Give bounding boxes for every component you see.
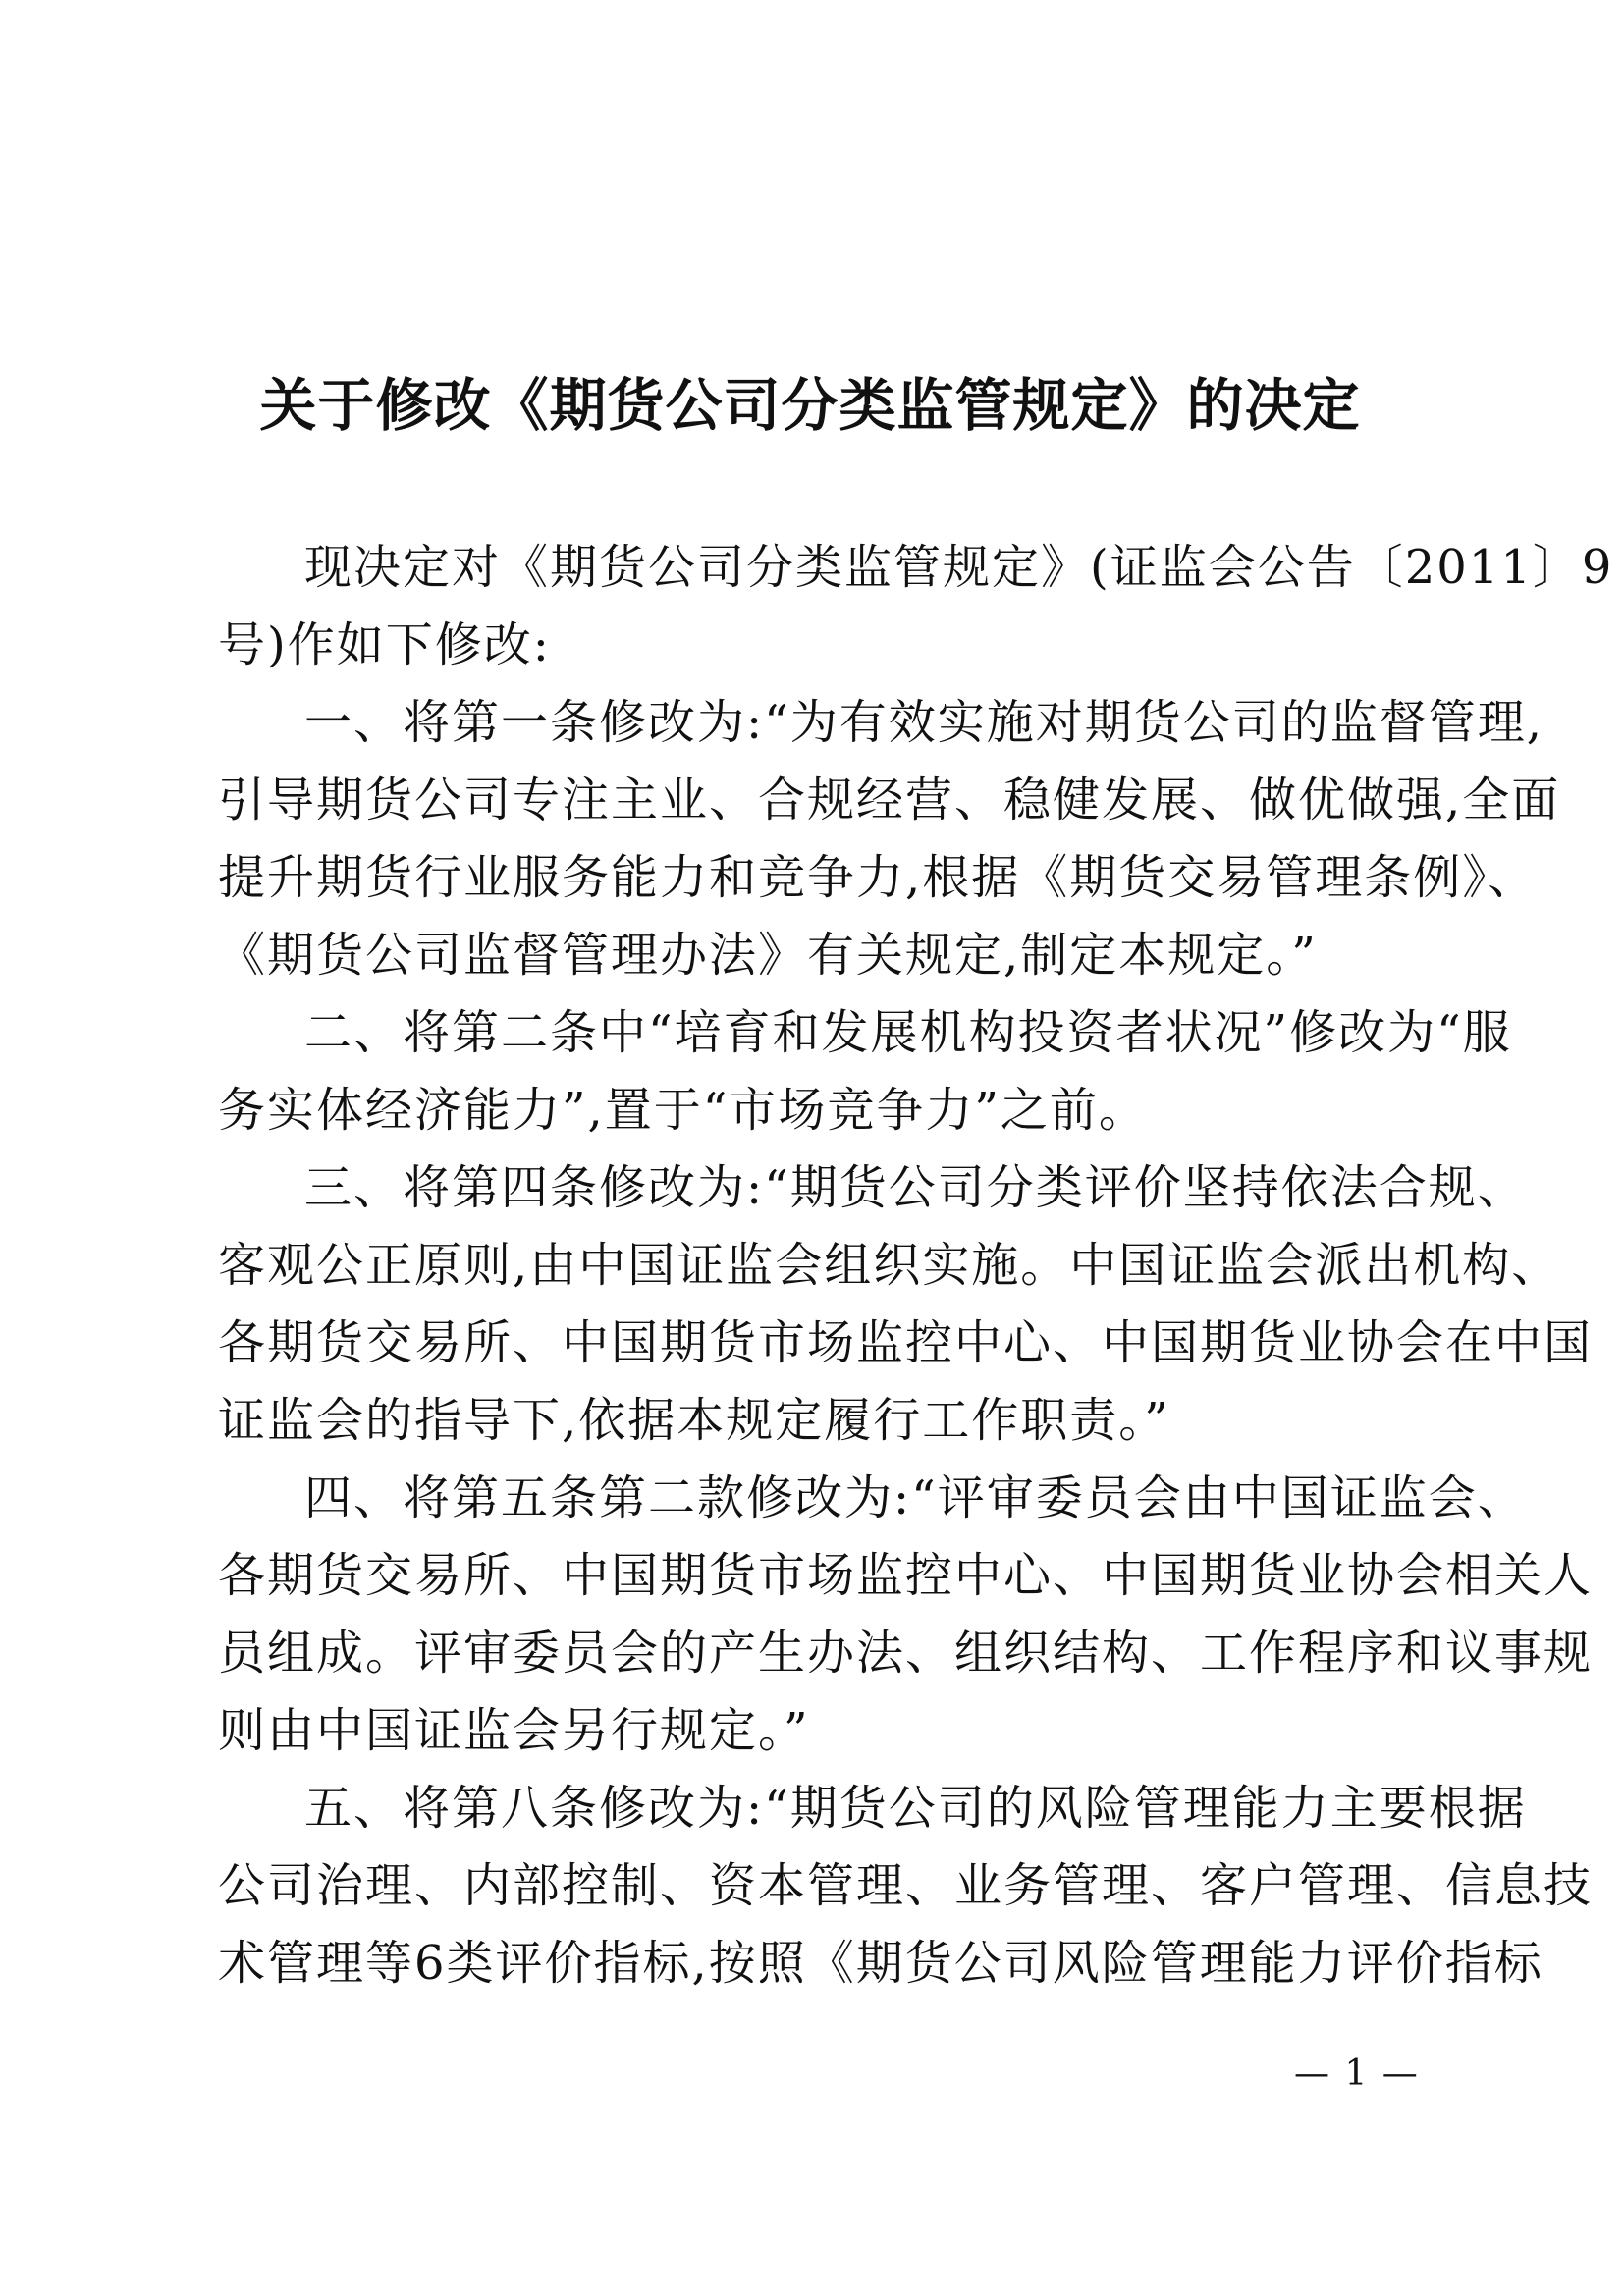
paragraph-line: 客观公正原则,由中国证监会组织实施。中国证监会派出机构、 bbox=[218, 1236, 1392, 1295]
paragraph-line: 各期货交易所、中国期货市场监控中心、中国期货业协会相关人 bbox=[218, 1546, 1392, 1605]
paragraph-line: 号)作如下修改: bbox=[218, 615, 1392, 674]
paragraph-line: 员组成。评审委员会的产生办法、组织结构、工作程序和议事规 bbox=[218, 1624, 1392, 1682]
paragraph-line: 则由中国证监会另行规定。” bbox=[218, 1701, 1392, 1760]
paragraph-line: 一、将第一条修改为:“为有效实施对期货公司的监督管理, bbox=[304, 693, 1392, 752]
paragraph-line: 现决定对《期货公司分类监管规定》(证监会公告〔2011〕9 bbox=[304, 538, 1392, 597]
paragraph-line: 各期货交易所、中国期货市场监控中心、中国期货业协会在中国 bbox=[218, 1313, 1392, 1372]
paragraph-line: 证监会的指导下,依据本规定履行工作职责。” bbox=[218, 1391, 1392, 1450]
paragraph-line: 五、将第八条修改为:“期货公司的风险管理能力主要根据 bbox=[304, 1779, 1392, 1838]
document-page: 关于修改《期货公司分类监管规定》的决定 现决定对《期货公司分类监管规定》(证监会… bbox=[0, 0, 1624, 2296]
paragraph-line: 三、将第四条修改为:“期货公司分类评价坚持依法合规、 bbox=[304, 1158, 1392, 1217]
paragraph-line: 二、将第二条中“培育和发展机构投资者状况”修改为“服 bbox=[304, 1003, 1392, 1062]
paragraph-line: 术管理等6类评价指标,按照《期货公司风险管理能力评价指标 bbox=[218, 1934, 1392, 1993]
paragraph-line: 公司治理、内部控制、资本管理、业务管理、客户管理、信息技 bbox=[218, 1856, 1392, 1915]
page-number: — 1 — bbox=[1294, 2055, 1420, 2094]
document-title: 关于修改《期货公司分类监管规定》的决定 bbox=[236, 371, 1384, 440]
paragraph-line: 提升期货行业服务能力和竞争力,根据《期货交易管理条例》、 bbox=[218, 848, 1392, 907]
paragraph-line: 务实体经济能力”,置于“市场竞争力”之前。 bbox=[218, 1081, 1392, 1140]
paragraph-line: 四、将第五条第二款修改为:“评审委员会由中国证监会、 bbox=[304, 1468, 1392, 1527]
paragraph-line: 引导期货公司专注主业、合规经营、稳健发展、做优做强,全面 bbox=[218, 771, 1392, 829]
paragraph-line: 《期货公司监督管理办法》有关规定,制定本规定。” bbox=[218, 926, 1392, 985]
